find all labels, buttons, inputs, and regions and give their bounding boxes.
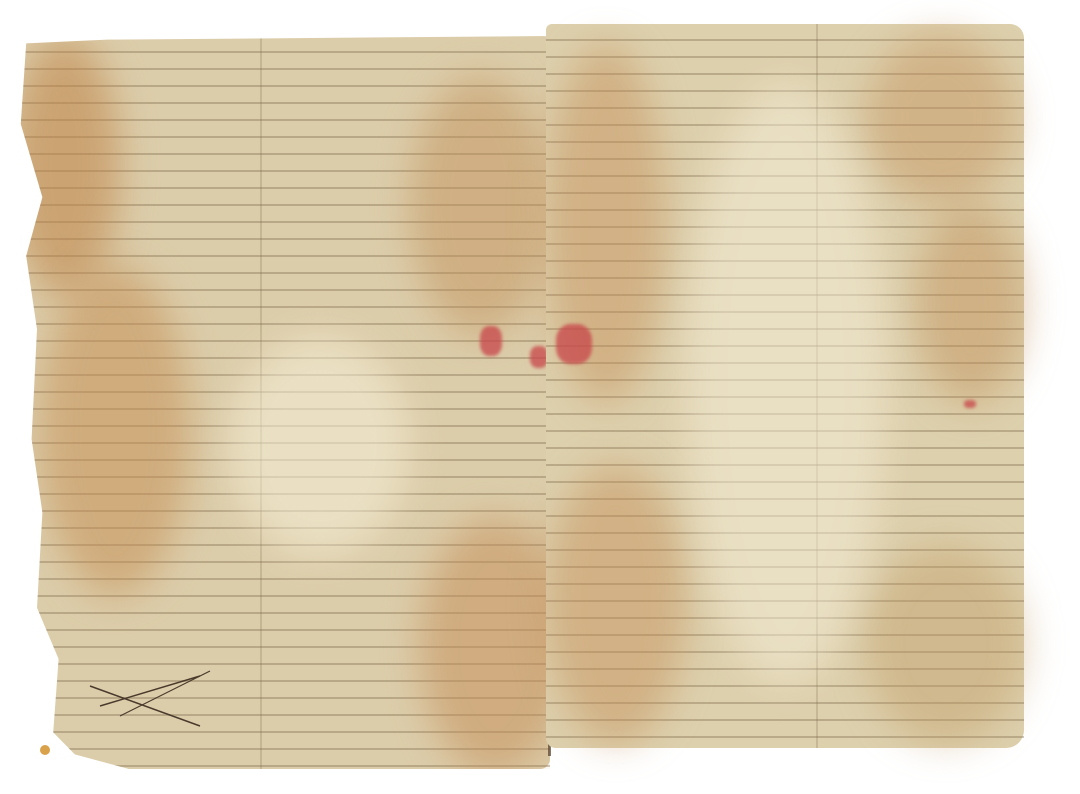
stain xyxy=(40,266,190,596)
stain xyxy=(410,76,550,336)
pencil-cross-mark xyxy=(80,666,220,746)
stain xyxy=(866,34,1016,204)
red-ink-mark xyxy=(556,324,592,364)
stain xyxy=(10,36,120,296)
document-title: Aged ruled paper sheet (scan) xyxy=(0,0,1,1)
stain xyxy=(866,544,1026,744)
light-area xyxy=(686,84,886,684)
light-area xyxy=(230,336,410,556)
right-page xyxy=(546,24,1024,748)
left-page xyxy=(10,36,550,769)
stain xyxy=(916,204,1026,404)
red-ink-mark xyxy=(964,400,976,408)
red-ink-mark xyxy=(480,326,502,356)
ink-spot xyxy=(40,745,50,755)
stain xyxy=(546,464,686,744)
